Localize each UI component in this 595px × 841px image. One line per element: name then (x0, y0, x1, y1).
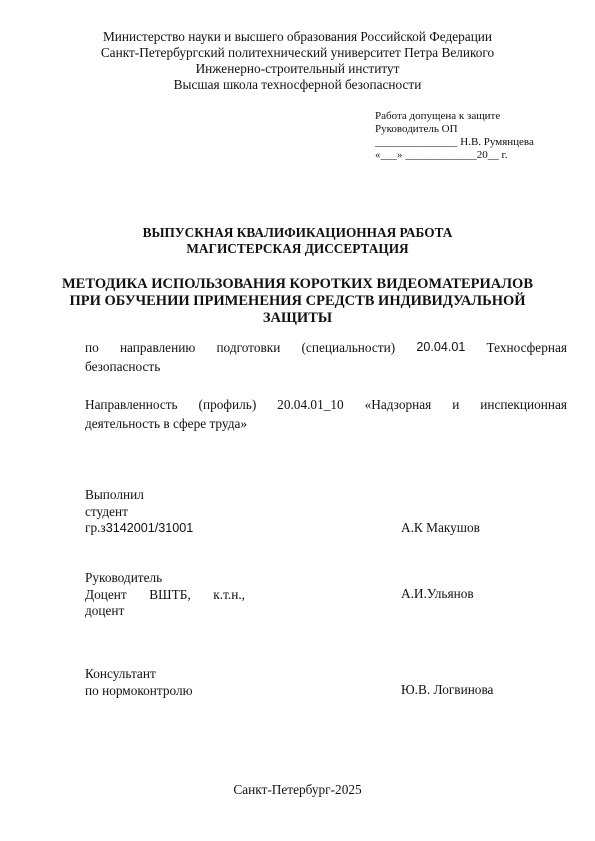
ministry-line: Министерство науки и высшего образования… (0, 29, 595, 45)
supervisor-position: Доцент ВШТБ, к.т.н., (85, 587, 245, 604)
consultant-label-2: по нормоконтролю (85, 683, 193, 700)
close-quote: » (397, 149, 403, 161)
word: «Надзорная (365, 395, 432, 414)
profile-code: 20.04.01_10 (277, 395, 343, 414)
year-suffix: г. (502, 149, 508, 161)
consultant-name: Ю.В. Логвинова (401, 682, 493, 699)
signature-blank: _______________ (375, 136, 458, 148)
direction-code: 20.04.01 (416, 338, 465, 357)
supervisor-label-3: доцент (85, 603, 245, 620)
approval-line: Работа допущена к защите (375, 110, 534, 123)
program-head-name: Н.В. Румянцева (460, 136, 534, 148)
direction-line-2: безопасность (85, 357, 567, 376)
topic-line-3: ЗАЩИТЫ (0, 310, 595, 327)
day-blank: ___ (381, 149, 398, 161)
year-blank: __ (488, 149, 499, 161)
topic-line-2: ПРИ ОБУЧЕНИИ ПРИМЕНЕНИЯ СРЕДСТВ ИНДИВИДУ… (0, 293, 595, 310)
direction-line-1: по направлению подготовки (специальности… (85, 338, 567, 357)
student-label-1: Выполнил (85, 487, 193, 504)
university-line: Санкт-Петербургский политехнический унив… (0, 45, 595, 61)
student-label-block: Выполнил студент гр.з3142001/31001 (85, 487, 193, 537)
group-code: 3142001/31001 (106, 521, 194, 535)
profile-line-2: деятельность в сфере труда» (85, 414, 567, 433)
student-group: гр.з3142001/31001 (85, 520, 193, 537)
word: подготовки (216, 338, 280, 357)
word: ВШТБ, (149, 587, 190, 604)
institute-line: Инженерно-строительный институт (0, 61, 595, 77)
word: (профиль) (199, 395, 257, 414)
city-year-footer: Санкт-Петербург-2025 (0, 782, 595, 798)
group-prefix: гр.з (85, 520, 106, 535)
supervisor-name: А.И.Ульянов (401, 586, 474, 603)
consultant-label-block: Консультант по нормоконтролю (85, 666, 193, 699)
month-blank: _____________ (405, 149, 477, 161)
approval-signature-line: _______________ Н.В. Румянцева (375, 136, 534, 149)
word: направлению (120, 338, 195, 357)
student-label-2: студент (85, 504, 193, 521)
supervisor-label-block: Руководитель Доцент ВШТБ, к.т.н., доцент (85, 570, 245, 620)
direction-paragraph: по направлению подготовки (специальности… (85, 338, 567, 376)
word: Доцент (85, 587, 127, 604)
word: Техносферная (487, 338, 567, 357)
word: по (85, 338, 99, 357)
supervisor-label-1: Руководитель (85, 570, 245, 587)
profile-paragraph: Направленность (профиль) 20.04.01_10 «На… (85, 395, 567, 433)
topic-line-1: МЕТОДИКА ИСПОЛЬЗОВАНИЯ КОРОТКИХ ВИДЕОМАТ… (0, 276, 595, 293)
word: Направленность (85, 395, 178, 414)
school-line: Высшая школа техносферной безопасности (0, 77, 595, 93)
approval-date-line: «___» _____________20__ г. (375, 149, 534, 162)
degree-type-line: МАГИСТЕРСКАЯ ДИССЕРТАЦИЯ (0, 241, 595, 257)
profile-line-1: Направленность (профиль) 20.04.01_10 «На… (85, 395, 567, 414)
work-type-line: ВЫПУСКНАЯ КВАЛИФИКАЦИОННАЯ РАБОТА (0, 225, 595, 241)
word: и (452, 395, 459, 414)
approval-role: Руководитель ОП (375, 123, 534, 136)
year-prefix: 20 (477, 149, 488, 161)
consultant-label-1: Консультант (85, 666, 193, 683)
student-name: А.К Макушов (401, 520, 480, 537)
word: (специальности) (302, 338, 396, 357)
work-type-title: ВЫПУСКНАЯ КВАЛИФИКАЦИОННАЯ РАБОТА МАГИСТ… (0, 225, 595, 257)
word: к.т.н., (213, 587, 245, 604)
institution-header: Министерство науки и высшего образования… (0, 29, 595, 93)
thesis-topic: МЕТОДИКА ИСПОЛЬЗОВАНИЯ КОРОТКИХ ВИДЕОМАТ… (0, 276, 595, 327)
approval-block: Работа допущена к защите Руководитель ОП… (375, 110, 534, 162)
word: инспекционная (480, 395, 567, 414)
